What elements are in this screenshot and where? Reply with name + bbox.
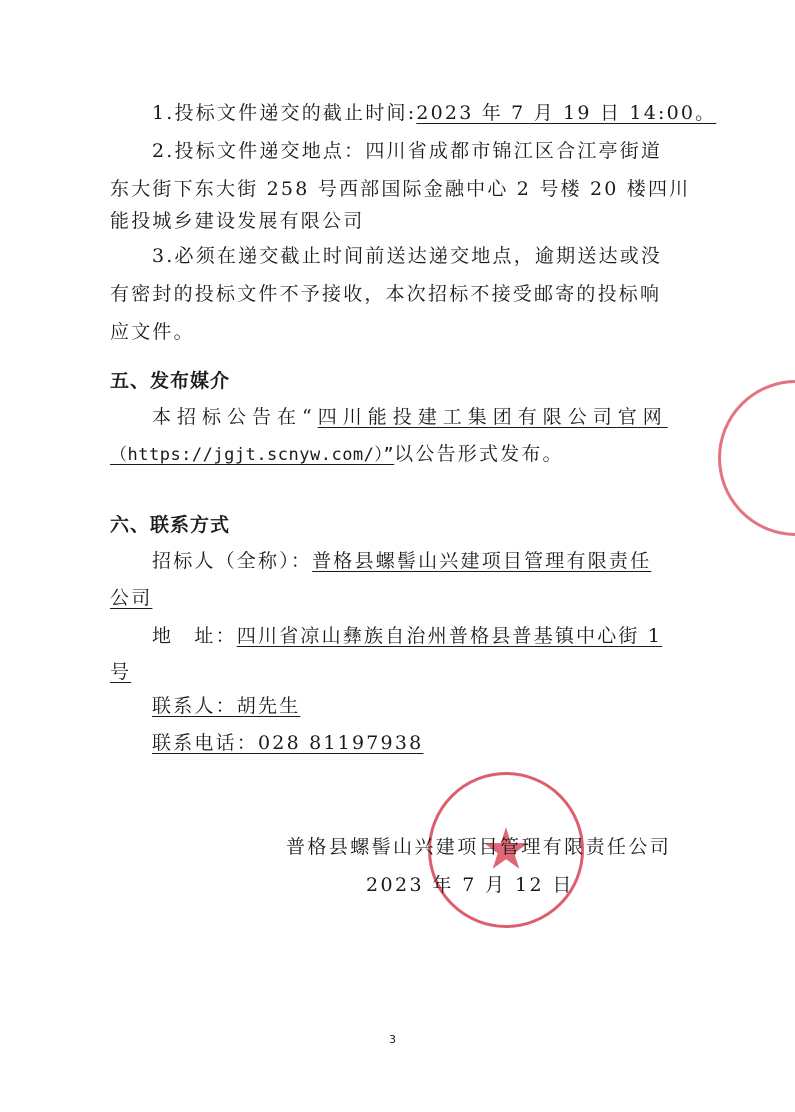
tenderer-value-cont: 公司	[110, 587, 152, 609]
contact-phone-line: 联系电话：028 81197938	[110, 730, 712, 756]
tenderer-label: 招标人（全称）：	[152, 550, 312, 572]
submission-location-line1: 2.投标文件递交地点：四川省成都市锦江区合江亭街道	[110, 138, 712, 164]
deadline-label: 1.投标文件递交的截止时间:	[152, 102, 416, 124]
contact-phone: 联系电话：028 81197938	[152, 732, 423, 754]
rule-line3: 应文件。	[110, 319, 670, 345]
signature-company: 普格县螺髻山兴建项目管理有限责任公司	[286, 832, 671, 859]
page-number: 3	[389, 1033, 396, 1046]
deadline-value: 2023 年 7 月 19 日 14:00。	[416, 102, 716, 124]
submission-location-line3: 能投城乡建设发展有限公司	[110, 208, 670, 234]
address-value: 四川省凉山彝族自治州普格县普基镇中心街 1	[237, 625, 662, 647]
address-label: 地 址：	[152, 625, 237, 647]
document-page: 1.投标文件递交的截止时间:2023 年 7 月 19 日 14:00。 2.投…	[0, 0, 795, 1112]
publish-site-name[interactable]: 四川能投建工集团有限公司官网	[318, 406, 668, 428]
section6-heading: 六、联系方式	[110, 512, 670, 538]
contact-person: 联系人：胡先生	[152, 695, 300, 717]
tenderer-value: 普格县螺髻山兴建项目管理有限责任	[312, 550, 651, 572]
rule-line2: 有密封的投标文件不予接收，本次招标不接受邮寄的投标响	[110, 281, 670, 307]
contact-person-line: 联系人：胡先生	[110, 693, 712, 719]
section5-heading: 五、发布媒介	[110, 368, 670, 394]
publish-prefix: 本招标公告在“	[152, 406, 318, 428]
publish-site-url[interactable]: （https://jgjt.scnyw.com/）”	[110, 445, 394, 465]
side-seal	[718, 380, 795, 536]
signature-date: 2023 年 7 月 12 日	[366, 870, 574, 897]
tenderer-line1: 招标人（全称）：普格县螺髻山兴建项目管理有限责任	[110, 548, 712, 574]
publish-media-line1: 本招标公告在“四川能投建工集团有限公司官网	[110, 404, 712, 430]
address-value-cont: 号	[110, 661, 131, 683]
publish-media-line2: （https://jgjt.scnyw.com/）”以公告形式发布。	[110, 441, 670, 468]
publish-suffix: 以公告形式发布。	[394, 443, 564, 465]
tenderer-line2: 公司	[110, 585, 670, 611]
submission-location-line2: 东大街下东大街 258 号西部国际金融中心 2 号楼 20 楼四川	[110, 176, 670, 202]
address-line1: 地 址：四川省凉山彝族自治州普格县普基镇中心街 1	[110, 623, 712, 649]
deadline-line: 1.投标文件递交的截止时间:2023 年 7 月 19 日 14:00。	[110, 100, 712, 126]
address-line2: 号	[110, 659, 670, 685]
rule-line1: 3.必须在递交截止时间前送达递交地点，逾期送达或没	[110, 243, 712, 269]
